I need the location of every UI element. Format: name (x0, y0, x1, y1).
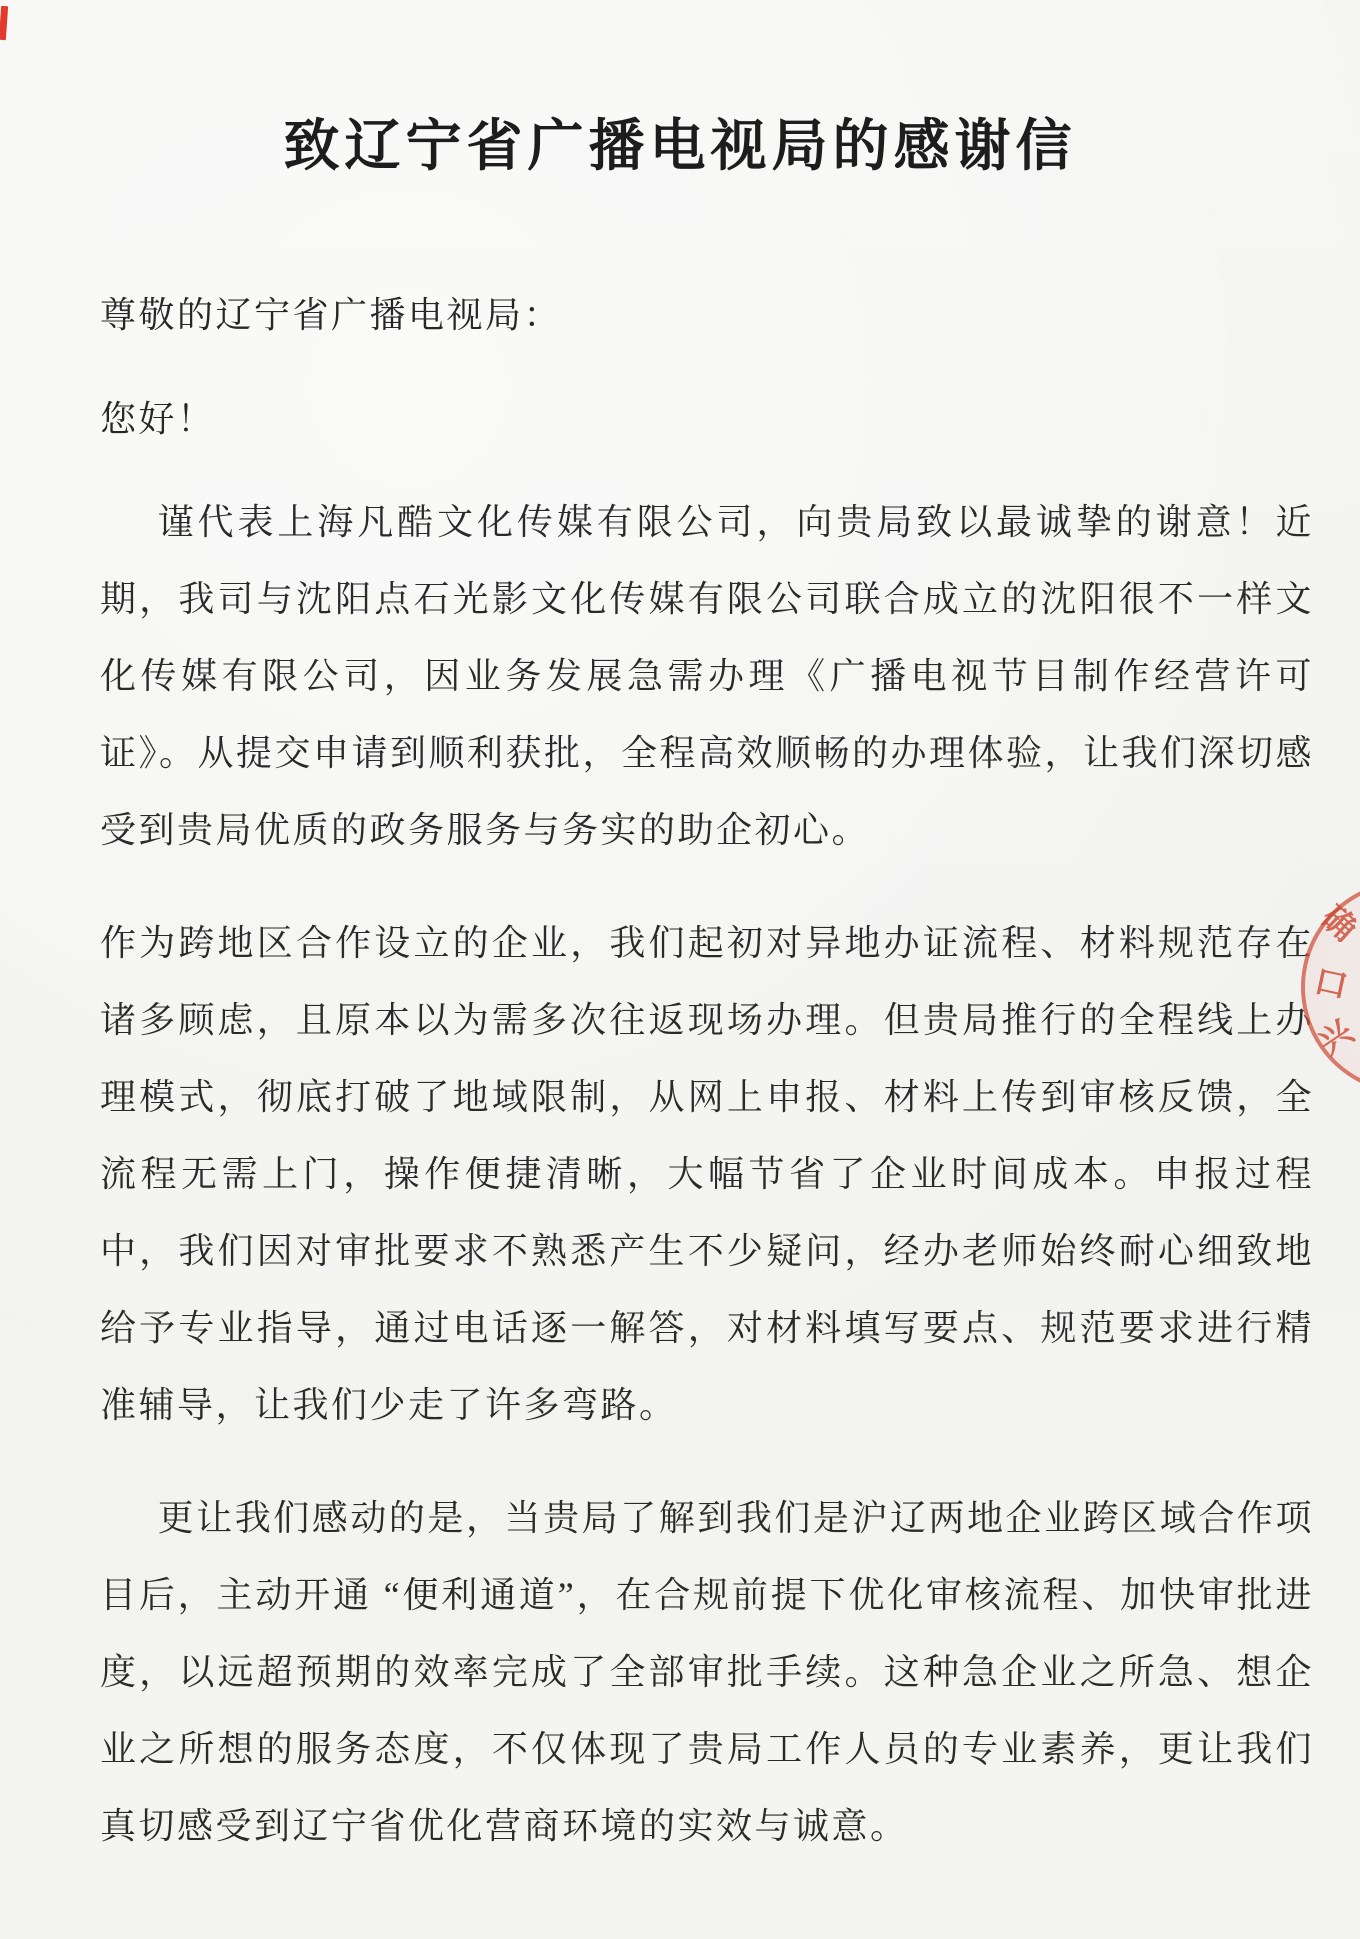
paragraph-1: 谨代表上海凡酷文化传媒有限公司，向贵局致以最诚挚的谢意！近期，我司与沈阳点石光影… (100, 484, 1314, 869)
paragraph-3: 更让我们感动的是，当贵局了解到我们是沪辽两地企业跨区域合作项目后，主动开通 “便… (100, 1480, 1314, 1865)
salutation: 尊敬的辽宁省广播电视局： (100, 290, 1314, 340)
letter-title: 致辽宁省广播电视局的感谢信 (60, 106, 1300, 188)
letter-page: 致辽宁省广播电视局的感谢信 尊敬的辽宁省广播电视局： 您好！ 谨代表上海凡酷文化… (0, 0, 1360, 1939)
letter-body: 尊敬的辽宁省广播电视局： 您好！ 谨代表上海凡酷文化传媒有限公司，向贵局致以最诚… (100, 290, 1314, 1865)
corner-red-scan-mark (0, 6, 8, 40)
greeting: 您好！ (100, 394, 1314, 444)
paragraph-2: 作为跨地区合作设立的企业，我们起初对异地办证流程、材料规范存在诸多顾虑，且原本以… (100, 905, 1314, 1444)
